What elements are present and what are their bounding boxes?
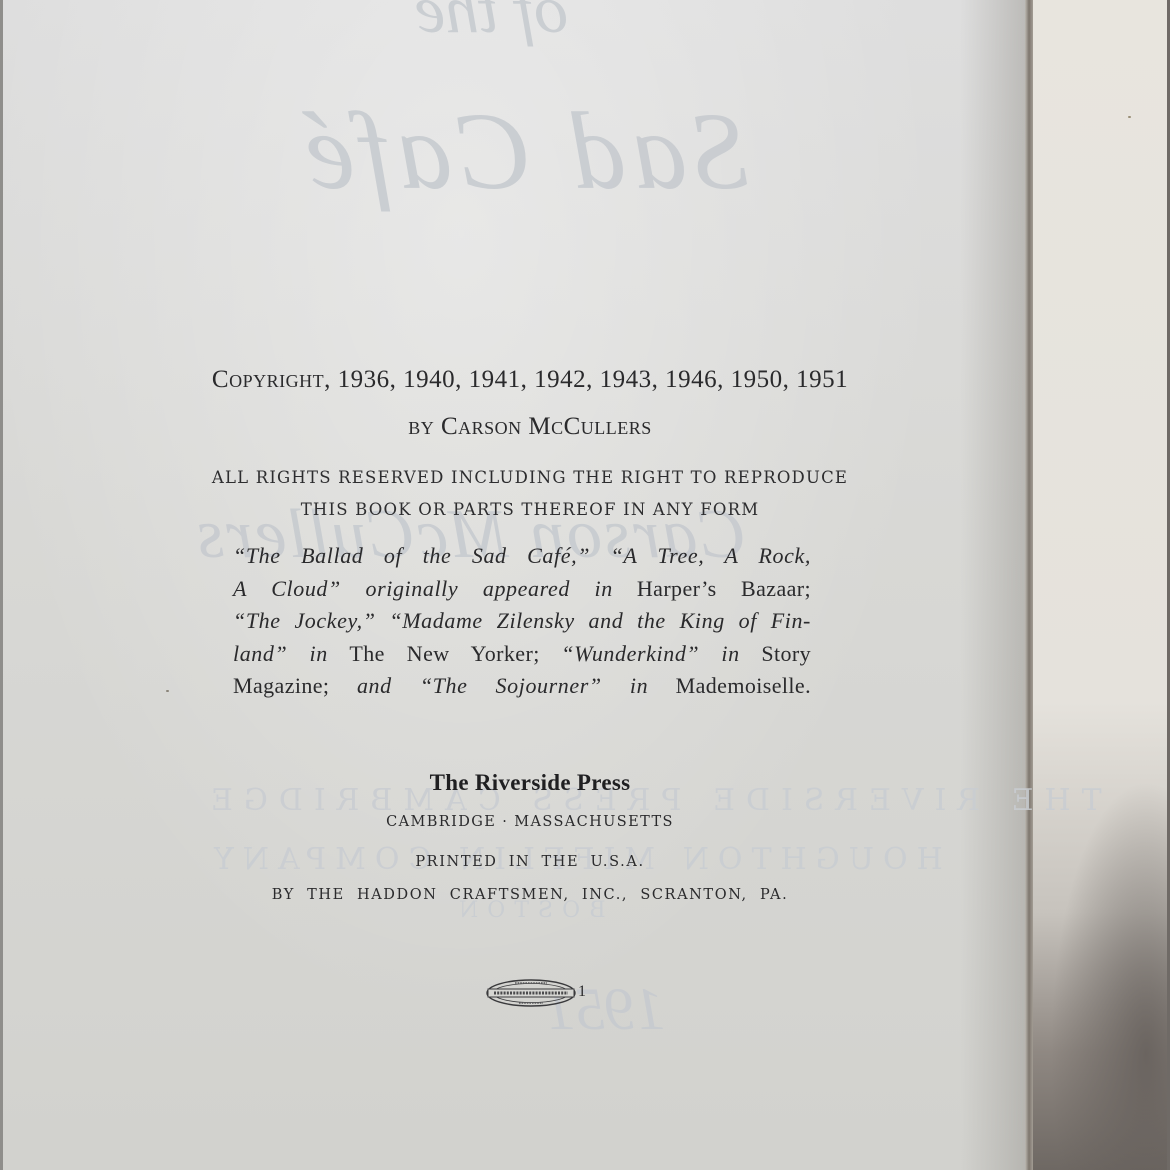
book-page-photo: of the Sad Café Carson McCullers THE RIV… bbox=[0, 0, 1170, 1170]
printer-line: BY THE HADDON CRAFTSMEN, INC., SCRANTON,… bbox=[0, 887, 1060, 903]
credits-line-1: “The Ballad of the Sad Café,” “A Tree, A… bbox=[233, 540, 811, 573]
press-location: CAMBRIDGE · MASSACHUSETTS bbox=[0, 814, 1060, 830]
credits-line-2: A Cloud” originally appeared in Harper’s… bbox=[233, 573, 811, 606]
bleed-through-title-line-1: of the bbox=[415, 0, 568, 49]
page-edge-strip bbox=[1025, 0, 1033, 1170]
adjacent-page-shadow bbox=[1050, 780, 1170, 1170]
magazine-new-yorker: The New Yorker; bbox=[349, 641, 539, 666]
press-name: The Riverside Press bbox=[0, 770, 1060, 796]
page-left-edge bbox=[0, 0, 3, 1170]
magazine-story: Story bbox=[761, 641, 811, 666]
credit-title: and “The Sojourner” in bbox=[357, 673, 648, 698]
credits-line-5: Magazine; and “The Sojourner” in Mademoi… bbox=[233, 670, 811, 703]
paper-speck bbox=[166, 690, 169, 692]
paper-speck bbox=[1128, 116, 1131, 118]
copyright-years: Copyright, 1936, 1940, 1941, 1942, 1943,… bbox=[0, 366, 1060, 394]
copyright-author: by Carson McCullers bbox=[0, 413, 1060, 441]
credit-titles: “The Jockey,” “Madame Zilensky and the K… bbox=[233, 608, 811, 633]
credit-text: land” in bbox=[233, 641, 328, 666]
credits-line-3: “The Jockey,” “Madame Zilensky and the K… bbox=[233, 605, 811, 638]
credit-titles: “The Ballad of the Sad Café,” “A Tree, A… bbox=[233, 543, 811, 568]
magazine-harpers-bazaar: Harper’s Bazaar; bbox=[637, 576, 811, 601]
magazine-mademoiselle: Mademoiselle. bbox=[676, 673, 811, 698]
publication-credits: “The Ballad of the Sad Café,” “A Tree, A… bbox=[233, 540, 811, 703]
credits-line-4: land” in The New Yorker; “Wunderkind” in… bbox=[233, 638, 811, 671]
union-label-number: 1 bbox=[578, 983, 586, 1001]
page-edge-shadow bbox=[960, 0, 1026, 1170]
credit-title: “Wunderkind” in bbox=[561, 641, 739, 666]
union-label-bug-icon bbox=[485, 978, 577, 1008]
magazine-story-cont: Magazine; bbox=[233, 673, 329, 698]
printed-in-line: PRINTED IN THE U.S.A. bbox=[0, 854, 1060, 870]
rights-reserved-line-1: ALL RIGHTS RESERVED INCLUDING THE RIGHT … bbox=[0, 468, 1060, 487]
credit-text: A Cloud” originally appeared in bbox=[233, 576, 613, 601]
bleed-through-title-line-2: Sad Café bbox=[300, 88, 748, 215]
rights-reserved-line-2: THIS BOOK OR PARTS THEREOF IN ANY FORM bbox=[0, 500, 1060, 519]
